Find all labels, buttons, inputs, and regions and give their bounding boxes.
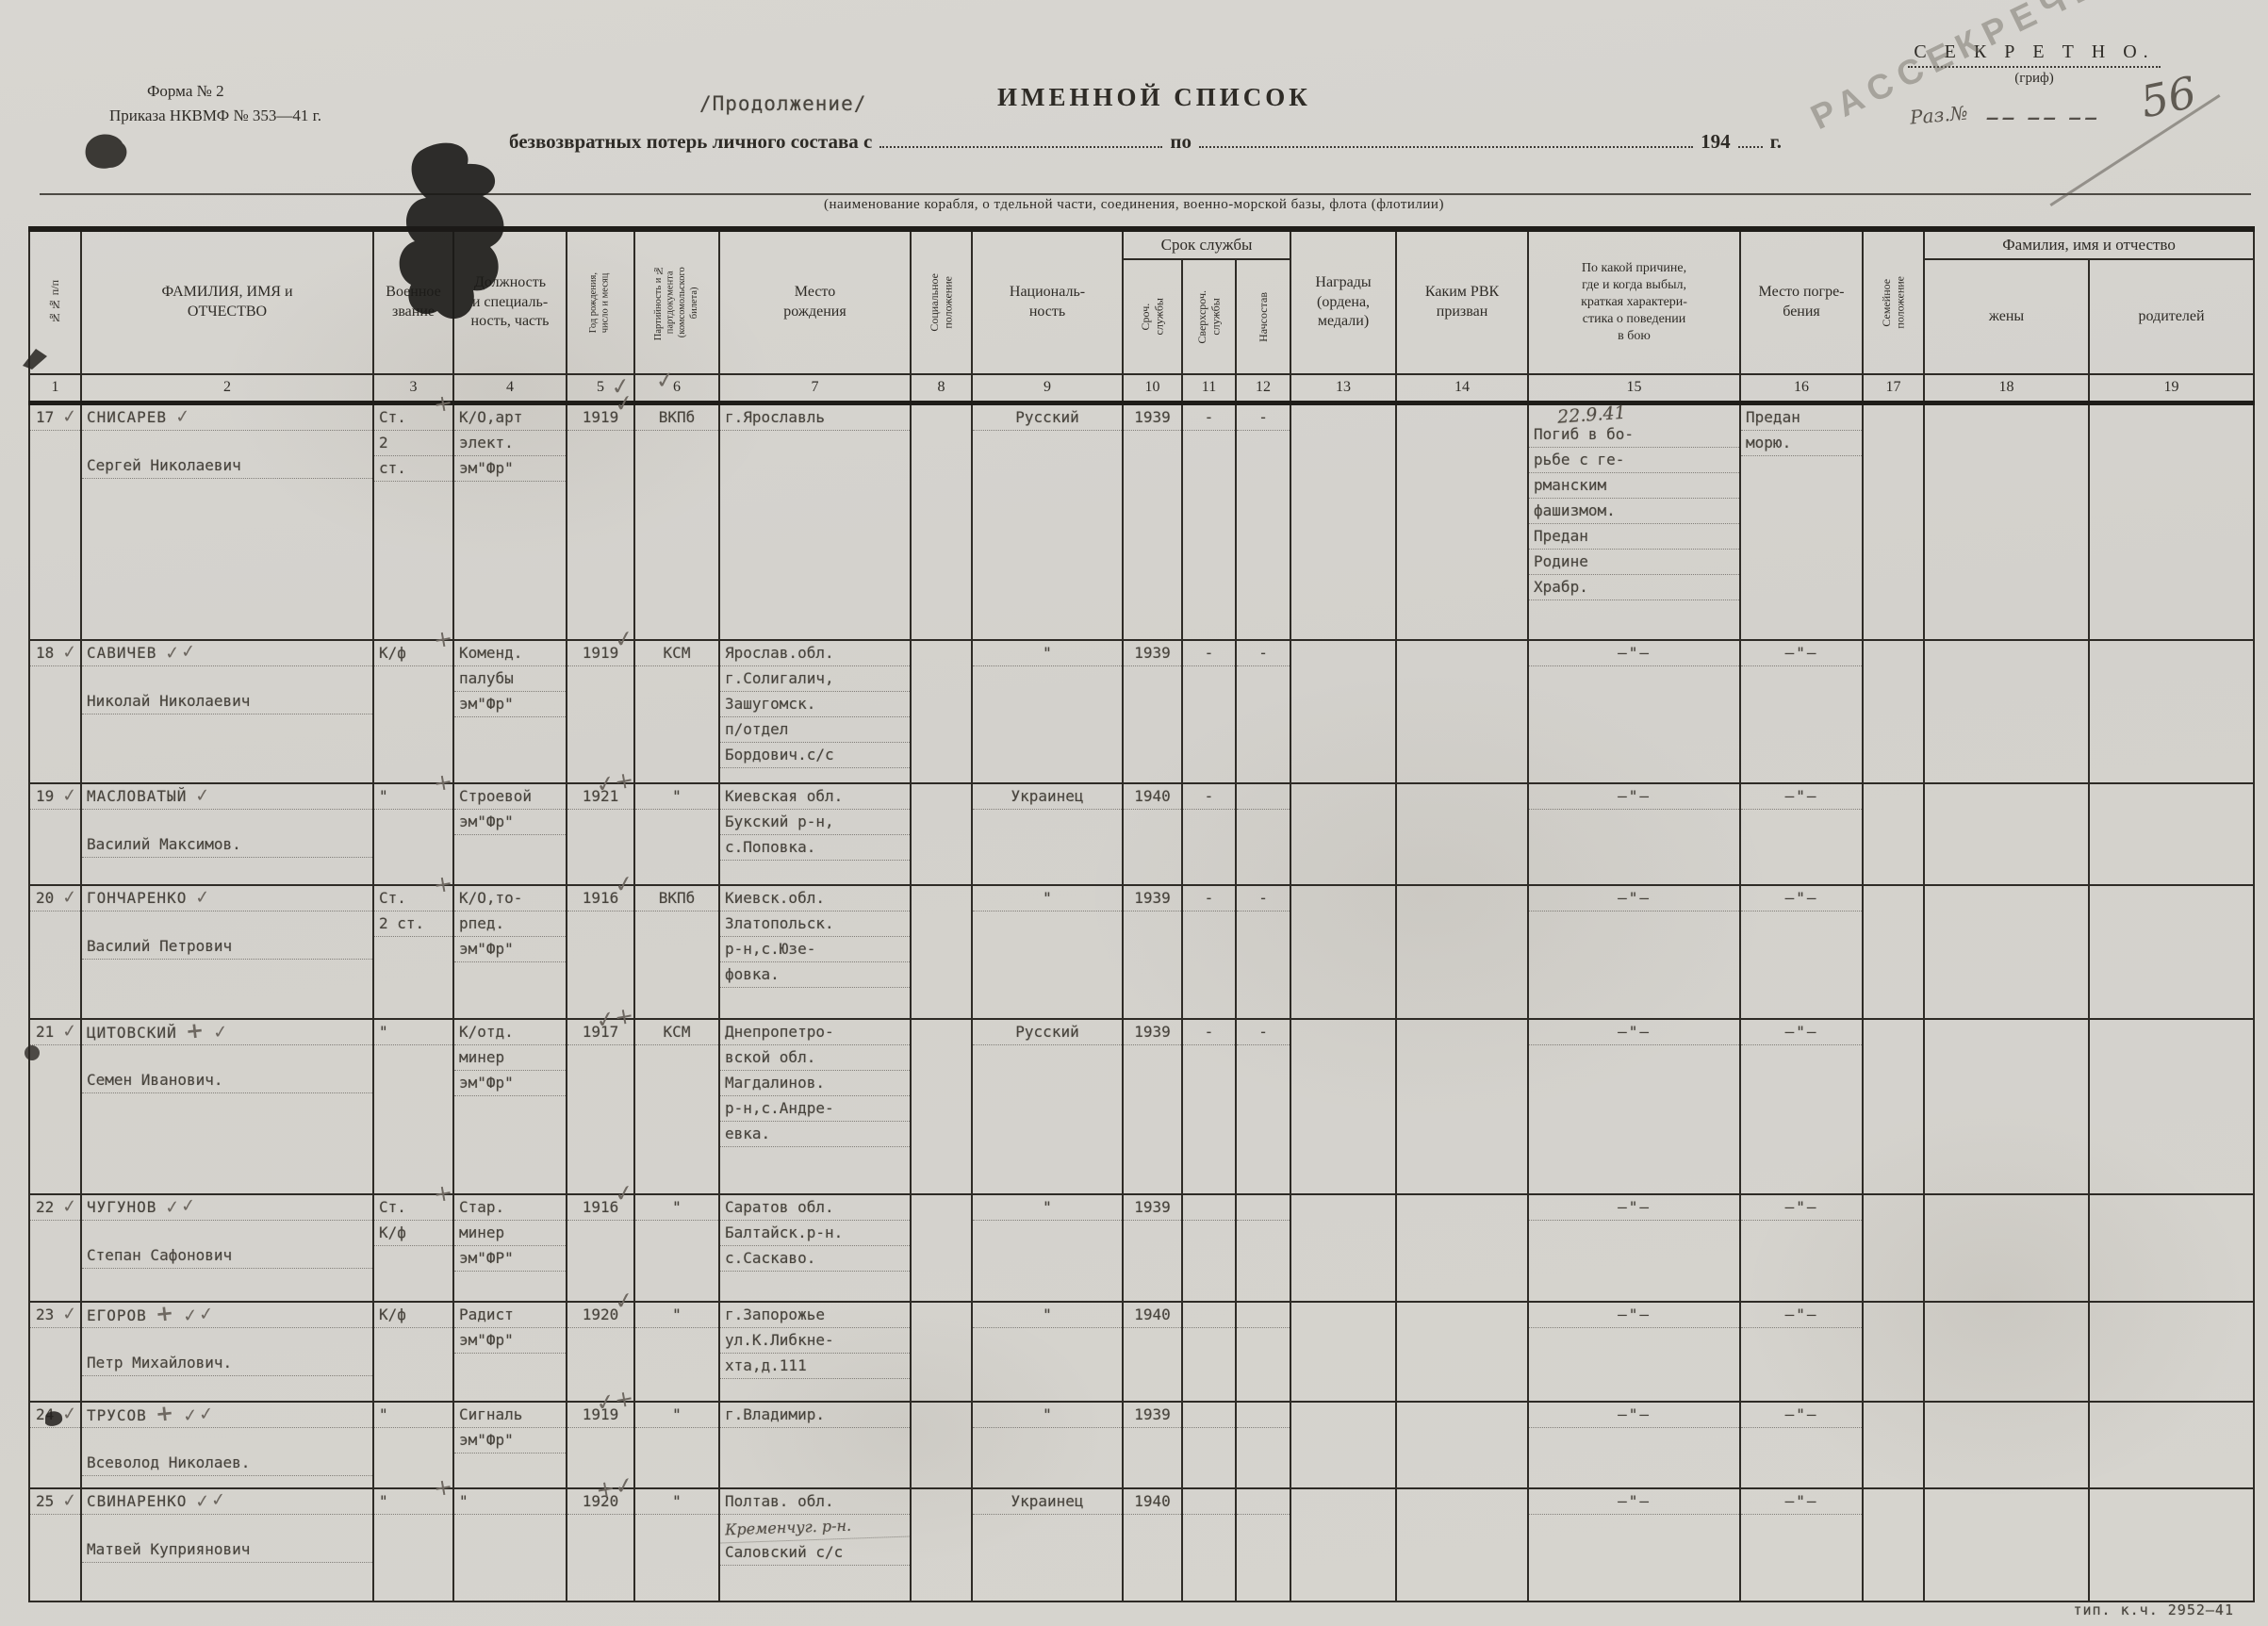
column-header-parents: родителей [2089,259,2254,374]
cell-nationality: Русский [972,1019,1123,1194]
cell-nationality: Украинец [972,1488,1123,1601]
cell-burial: Преданморю. [1740,402,1863,640]
cell-cause: —"— [1528,1302,1740,1402]
text-line: Днепропетро- [720,1020,910,1045]
table-row: 21✓ЦИТОВСКИЙ+✓Семен Иванович."К/отд.мине… [29,1019,2254,1194]
cell-wife-name [1924,1019,2089,1194]
text-line: - [1237,641,1290,666]
cell-service-term [1182,1194,1236,1302]
column-header-birthplace: Место рождения [719,229,911,374]
text-line: —"— [1529,641,1739,666]
table-row: 18✓САВИЧЕВ✓✓Николай Николаевич+К/фКоменд… [29,640,2254,783]
cell-nationality: Украинец [972,783,1123,885]
text-line: эм"Фр" [454,1428,566,1454]
text-line: Киевск.обл. [720,886,910,912]
cell-service-term: 1939 [1123,1402,1182,1488]
text-line: —"— [1529,1303,1739,1328]
text-line: Николай Николаевич [82,689,372,714]
text-line: Зашугомск. [720,692,910,717]
cell-party: " [634,1402,719,1488]
text-line: Стар. [454,1195,566,1221]
cell-num: 18✓ [29,640,81,783]
cell-service-term: - [1182,640,1236,783]
group-header-fio: Фамилия, имя и отчество [1924,229,2254,259]
text-line [1183,1489,1235,1515]
cell-birthplace: Саратов обл.Балтайск.р-н.с.Саскаво. [719,1194,911,1302]
unit-caption: (наименование корабля, о тдельной части,… [0,197,2268,213]
text-line: " [973,641,1122,666]
column-header-extended-service: Сверхсроч. службы [1182,259,1236,374]
surname-line: ЧУГУНОВ✓✓ [82,1195,372,1221]
text-line: —"— [1529,784,1739,810]
cell-birth-year: +✓1920 [567,1488,634,1601]
num-line: 18✓ [30,641,80,666]
text-line: Матвей Куприянович [82,1537,372,1563]
text-line: К/О,арт [454,405,566,431]
pencil-mark: ✓✓ [182,1403,216,1428]
text-line: " [635,1195,718,1221]
text-line: 1939 [1124,641,1181,666]
cell-family-status [1863,1302,1924,1402]
cell-name: ГОНЧАРЕНКО✓Василий Петрович [81,885,373,1019]
cell-name: МАСЛОВАТЫЙ✓Василий Максимов. [81,783,373,885]
pencil-mark: ✓ [212,1020,230,1045]
text-line: " [635,1303,718,1328]
cell-nationality: " [972,885,1123,1019]
text-line: —"— [1741,1303,1862,1328]
text-line: морю. [1741,431,1862,456]
text-line: Василий Максимов. [82,832,372,858]
text-line: ВКПб [635,886,718,912]
continuation-note: /Продолжение/ [699,92,866,115]
handwritten-dashes: ‒‒ ‒‒ ‒‒ [1986,106,2100,128]
pencil-mark: ✓ [61,1195,78,1220]
text-line: Предан [1529,524,1739,550]
text-line: минер [454,1045,566,1071]
cell-burial: —"— [1740,885,1863,1019]
cell-rvk [1396,1488,1528,1601]
text-line: " [635,784,718,810]
cell-awards [1290,1488,1396,1601]
text-line: эм"Фр" [454,1328,566,1354]
cell-rvk [1396,640,1528,783]
text-line: Балтайск.р-н. [720,1221,910,1246]
text-line: " [973,886,1122,912]
text-line: рьбе с ге- [1529,448,1739,473]
cell-service-term: - [1182,1019,1236,1194]
cell-service-term: - [1236,402,1290,640]
column-number: 12 [1236,374,1290,402]
surname-line: ЦИТОВСКИЙ+✓ [82,1020,372,1045]
cell-burial: —"— [1740,1194,1863,1302]
text-line [1237,1489,1290,1515]
cell-birth-year: ✓1916 [567,885,634,1019]
cell-social [911,402,972,640]
text-line: " [973,1403,1122,1428]
text-line: ВКПб [635,405,718,431]
print-shop-note: тип. к.ч. 2952—41 [2073,1601,2234,1618]
cell-parents-name [2089,783,2254,885]
cell-service-term: 1939 [1123,402,1182,640]
table-header: №№ п/п ФАМИЛИЯ, ИМЯ и ОТЧЕСТВО Военное з… [29,229,2254,402]
cell-wife-name [1924,1194,2089,1302]
column-number: 10 [1123,374,1182,402]
cell-parents-name [2089,402,2254,640]
column-header-wife: жены [1924,259,2089,374]
text-line [1237,784,1290,810]
text-line: п/отдел [720,717,910,743]
cell-parents-name [2089,1302,2254,1402]
cell-rank: " [373,1019,453,1194]
cell-burial: —"— [1740,1402,1863,1488]
cell-awards [1290,1302,1396,1402]
text-line: хта,д.111 [720,1354,910,1379]
text-line: 1939 [1124,1195,1181,1221]
text-line: " [635,1489,718,1515]
cell-service-term: - [1236,640,1290,783]
table-row: 19✓МАСЛОВАТЫЙ✓Василий Максимов.+"Строево… [29,783,2254,885]
text-line: эм"Фр" [454,692,566,717]
text-line: Русский [973,405,1122,431]
column-number: 19 [2089,374,2254,402]
cell-name: ЦИТОВСКИЙ+✓Семен Иванович. [81,1019,373,1194]
cell-cause: —"— [1528,885,1740,1019]
cell-rvk [1396,402,1528,640]
cell-birthplace: г.Ярославль [719,402,911,640]
ink-blot-small [75,126,136,175]
text-line: —"— [1529,1403,1739,1428]
handwritten-reg-label: Раз.№ [1909,101,1968,128]
cell-wife-name [1924,1488,2089,1601]
cell-family-status [1863,885,1924,1019]
fill-line-year [1738,133,1763,148]
text-line: 1939 [1124,886,1181,912]
text-line: КСМ [635,641,718,666]
text-line: 1940 [1124,1303,1181,1328]
cell-service-term: - [1236,885,1290,1019]
cell-rvk [1396,1302,1528,1402]
cell-position: К/О,артэлект.эм"Фр" [453,402,567,640]
cell-social [911,640,972,783]
cell-nationality: " [972,1402,1123,1488]
text-line: Кременчуг. р-н. [720,1512,911,1544]
cell-rvk [1396,1402,1528,1488]
column-number: 13 [1290,374,1396,402]
column-header-family: Семейное положение [1863,229,1924,374]
cell-name: ТРУСОВ+✓✓Всеволод Николаев. [81,1402,373,1488]
cell-birthplace: Ярослав.обл.г.Солигалич,Зашугомск.п/отде… [719,640,911,783]
column-number: 18 [1924,374,2089,402]
cell-cause: —"— [1528,1019,1740,1194]
surname-line: МАСЛОВАТЫЙ✓ [82,784,372,810]
cell-wife-name [1924,1402,2089,1488]
surname-line: СВИНАРЕНКО✓✓ [82,1489,372,1515]
margin-mark-3 [40,1404,68,1431]
column-number: 1 [29,374,81,402]
roster-table-body: 17✓СНИСАРЕВ✓Сергей Николаевич+Ст.2ст.К/О… [29,402,2254,1601]
table-row: 25✓СВИНАРЕНКО✓✓Матвей Куприянович+""+✓19… [29,1488,2254,1601]
unit-fill-line [40,193,2251,195]
cell-burial: —"— [1740,783,1863,885]
ink-blot-large [392,134,552,341]
cell-service-term: 1940 [1123,783,1182,885]
text-line [1183,1403,1235,1428]
cell-birthplace: Днепропетро-вской обл.Магдалинов.р-н,с.А… [719,1019,911,1194]
text-line: —"— [1741,784,1862,810]
cell-name: СВИНАРЕНКО✓✓Матвей Куприянович [81,1488,373,1601]
column-number: 8 [911,374,972,402]
margin-mark-1 [19,345,51,373]
column-number: 2 [81,374,373,402]
cell-wife-name [1924,1302,2089,1402]
pencil-mark: ✓ [61,886,78,911]
cell-rvk [1396,885,1528,1019]
text-line: Сигналь [454,1403,566,1428]
pencil-mark: + [155,1303,176,1327]
cell-birth-year: ✓+1917 [567,1019,634,1194]
text-line: " [635,1403,718,1428]
pencil-mark: ✓ [61,405,78,430]
surname-line: ТРУСОВ+✓✓ [82,1403,372,1428]
cell-burial: —"— [1740,1488,1863,1601]
column-number: 17 [1863,374,1924,402]
cell-cause: —"— [1528,1402,1740,1488]
text-line: - [1183,784,1235,810]
cell-rank: +Ст.2 ст. [373,885,453,1019]
cell-rvk [1396,1194,1528,1302]
cell-service-term [1182,1302,1236,1402]
cell-parents-name [2089,1402,2254,1488]
cell-awards [1290,885,1396,1019]
cell-family-status [1863,1019,1924,1194]
cell-family-status [1863,783,1924,885]
cell-service-term: - [1182,885,1236,1019]
num-line: 22✓ [30,1195,80,1221]
cell-social [911,885,972,1019]
text-line: - [1183,1020,1235,1045]
pencil-mark: + [155,1403,176,1427]
cell-party: КСМ [634,640,719,783]
column-header-nationality: Националь- ность [972,229,1123,374]
table-row: 20✓ГОНЧАРЕНКО✓Василий Петрович+Ст.2 ст.К… [29,885,2254,1019]
pencil-mark: ✓✓ [164,1195,198,1221]
column-header-officers: Начсостав [1236,259,1290,374]
margin-mark-2 [21,1041,45,1065]
text-line: Всеволод Николаев. [82,1451,372,1476]
cell-family-status [1863,1488,1924,1601]
subtitle-line: безвозвратных потерь личного состава с п… [509,130,1782,154]
cell-name: ЧУГУНОВ✓✓Степан Сафонович [81,1194,373,1302]
text-line: евка. [720,1122,910,1147]
cell-social [911,1019,972,1194]
cell-birthplace: Полтав. обл.Кременчуг. р-н.Саловский с/с [719,1488,911,1601]
text-line: элект. [454,431,566,456]
text-line: Саратов обл. [720,1195,910,1221]
cell-service-term: - [1182,783,1236,885]
text-line: КСМ [635,1020,718,1045]
text-line: К/ф [374,1221,452,1246]
page-title: ИМЕННОЙ СПИСОК [997,83,1311,112]
text-line [1183,1303,1235,1328]
cell-service-term: 1939 [1123,1194,1182,1302]
text-line: 1940 [1124,1489,1181,1515]
text-line: р-н,с.Андре- [720,1096,910,1122]
pencil-mark: ✓ [61,1020,78,1044]
cell-nationality: " [972,640,1123,783]
cell-cause: —"— [1528,1488,1740,1601]
pencil-mark: ✓ [61,1489,78,1514]
text-line: Украинец [973,1489,1122,1515]
subtitle-g: г. [1770,130,1782,154]
column-number: 4 [453,374,567,402]
fill-line-from [879,133,1162,148]
cell-birthplace: Киевск.обл.Златопольск.р-н,с.Юзе-фовка. [719,885,911,1019]
column-header-social: Социальное положение [911,229,972,374]
cell-rank: +Ст.2ст. [373,402,453,640]
cell-birth-year: ✓1916 [567,1194,634,1302]
text-line: Строевой [454,784,566,810]
cell-cause: 22.9.41Погиб в бо-рьбе с ге-рманскимфаши… [1528,402,1740,640]
cell-service-term [1182,1402,1236,1488]
text-line: —"— [1741,1195,1862,1221]
text-line: " [374,1403,452,1428]
text-line: р-н,с.Юзе- [720,937,910,962]
text-line: г.Солигалич, [720,666,910,692]
table-row: 17✓СНИСАРЕВ✓Сергей Николаевич+Ст.2ст.К/О… [29,402,2254,640]
handwritten-number: 56 [2136,67,2200,128]
text-line: - [1237,405,1290,431]
column-header-burial: Место погре- бения [1740,229,1863,374]
text-line: " [454,1489,566,1515]
column-number: 7 [719,374,911,402]
cell-position: Коменд.палубыэм"Фр" [453,640,567,783]
text-line: эм"Фр" [454,937,566,962]
cell-awards [1290,402,1396,640]
text-line: 1939 [1124,405,1181,431]
column-numbers-row: 1 2 3 4 5 6 7 8 9 10 11 12 13 14 15 16 1… [29,374,2254,402]
form-order: Приказа НКВМФ № 353—41 г. [109,104,321,128]
cell-num: 20✓ [29,885,81,1019]
cell-parents-name [2089,885,2254,1019]
text-line: " [374,1020,452,1045]
cell-party: " [634,783,719,885]
cell-party: ВКПб [634,885,719,1019]
cell-rank: К/ф [373,1302,453,1402]
text-line: Коменд. [454,641,566,666]
text-line: фовка. [720,962,910,988]
pencil-mark: ✓✓ [182,1303,216,1328]
text-line: Сергей Николаевич [82,453,372,479]
text-line: фашизмом. [1529,499,1739,524]
casualty-roster-table: №№ п/п ФАМИЛИЯ, ИМЯ и ОТЧЕСТВО Военное з… [28,226,2255,1602]
form-reference: Форма № 2 Приказа НКВМФ № 353—41 г. [109,79,321,129]
text-line: —"— [1741,1489,1862,1515]
text-line: Ярослав.обл. [720,641,910,666]
text-line: - [1183,886,1235,912]
text-line: с.Саскаво. [720,1246,910,1272]
cell-birthplace: г.Владимир. [719,1402,911,1488]
text-line: с.Поповка. [720,835,910,861]
cell-service-term: 1940 [1123,1302,1182,1402]
text-line: Семен Иванович. [82,1068,372,1093]
group-header-service-term: Срок службы [1123,229,1290,259]
cell-burial: —"— [1740,640,1863,783]
cell-service-term: 1939 [1123,1019,1182,1194]
column-header-name: ФАМИЛИЯ, ИМЯ и ОТЧЕСТВО [81,229,373,374]
column-header-birth-year: Год рождения, число и месяц [567,229,634,374]
text-line: К/ф [374,1303,452,1328]
cell-birth-year: ✓1919 [567,640,634,783]
cell-position: Строевойэм"Фр" [453,783,567,885]
cell-party: " [634,1488,719,1601]
cell-parents-name [2089,1019,2254,1194]
text-line: эм"Фр" [454,1071,566,1096]
text-line [1183,1195,1235,1221]
pencil-mark: ✓✓ [194,1489,228,1515]
subtitle-year: 194 [1701,130,1731,154]
text-line: Златопольск. [720,912,910,937]
surname-line: САВИЧЕВ✓✓ [82,641,372,666]
text-line: " [973,1303,1122,1328]
text-line: - [1183,405,1235,431]
cell-social [911,783,972,885]
cell-service-term: - [1236,1019,1290,1194]
num-line: 19✓ [30,784,80,810]
text-line: Василий Петрович [82,934,372,960]
text-line [1237,1403,1290,1428]
table-row: 22✓ЧУГУНОВ✓✓Степан Сафонович+Ст.К/фСтар.… [29,1194,2254,1302]
cell-nationality: " [972,1194,1123,1302]
column-number: 11 [1182,374,1236,402]
cell-parents-name [2089,640,2254,783]
cell-burial: —"— [1740,1302,1863,1402]
text-line: Киевская обл. [720,784,910,810]
text-line: 1939 [1124,1020,1181,1045]
pencil-mark: ✓ [61,1303,78,1327]
form-number: Форма № 2 [147,79,321,104]
text-line: Степан Сафонович [82,1243,372,1269]
cell-service-term: 1939 [1123,640,1182,783]
text-line: рпед. [454,912,566,937]
pencil-mark: ✓ [194,886,212,911]
cell-birthplace: Киевская обл.Букский р-н,с.Поповка. [719,783,911,885]
scanned-document-page: Форма № 2 Приказа НКВМФ № 353—41 г. /Про… [0,0,2268,1626]
cell-party: " [634,1194,719,1302]
cell-wife-name [1924,402,2089,640]
text-line: Родине [1529,550,1739,575]
cell-service-term: - [1182,402,1236,640]
num-line: 17✓ [30,405,80,431]
cell-num: 17✓ [29,402,81,640]
num-line: 25✓ [30,1489,80,1515]
cell-service-term [1236,1194,1290,1302]
text-line: Бордович.с/с [720,743,910,768]
cell-num: 25✓ [29,1488,81,1601]
text-line: эм"Фр" [454,810,566,835]
cell-family-status [1863,402,1924,640]
text-line: палубы [454,666,566,692]
text-line: —"— [1529,1020,1739,1045]
text-line: К/О,то- [454,886,566,912]
fill-line-to [1199,133,1693,148]
text-line: Букский р-н, [720,810,910,835]
cell-num: 23✓ [29,1302,81,1402]
cell-nationality: Русский [972,402,1123,640]
text-line: —"— [1741,1020,1862,1045]
text-line: " [973,1195,1122,1221]
cell-rank: +Ст.К/ф [373,1194,453,1302]
cell-service-term [1182,1488,1236,1601]
